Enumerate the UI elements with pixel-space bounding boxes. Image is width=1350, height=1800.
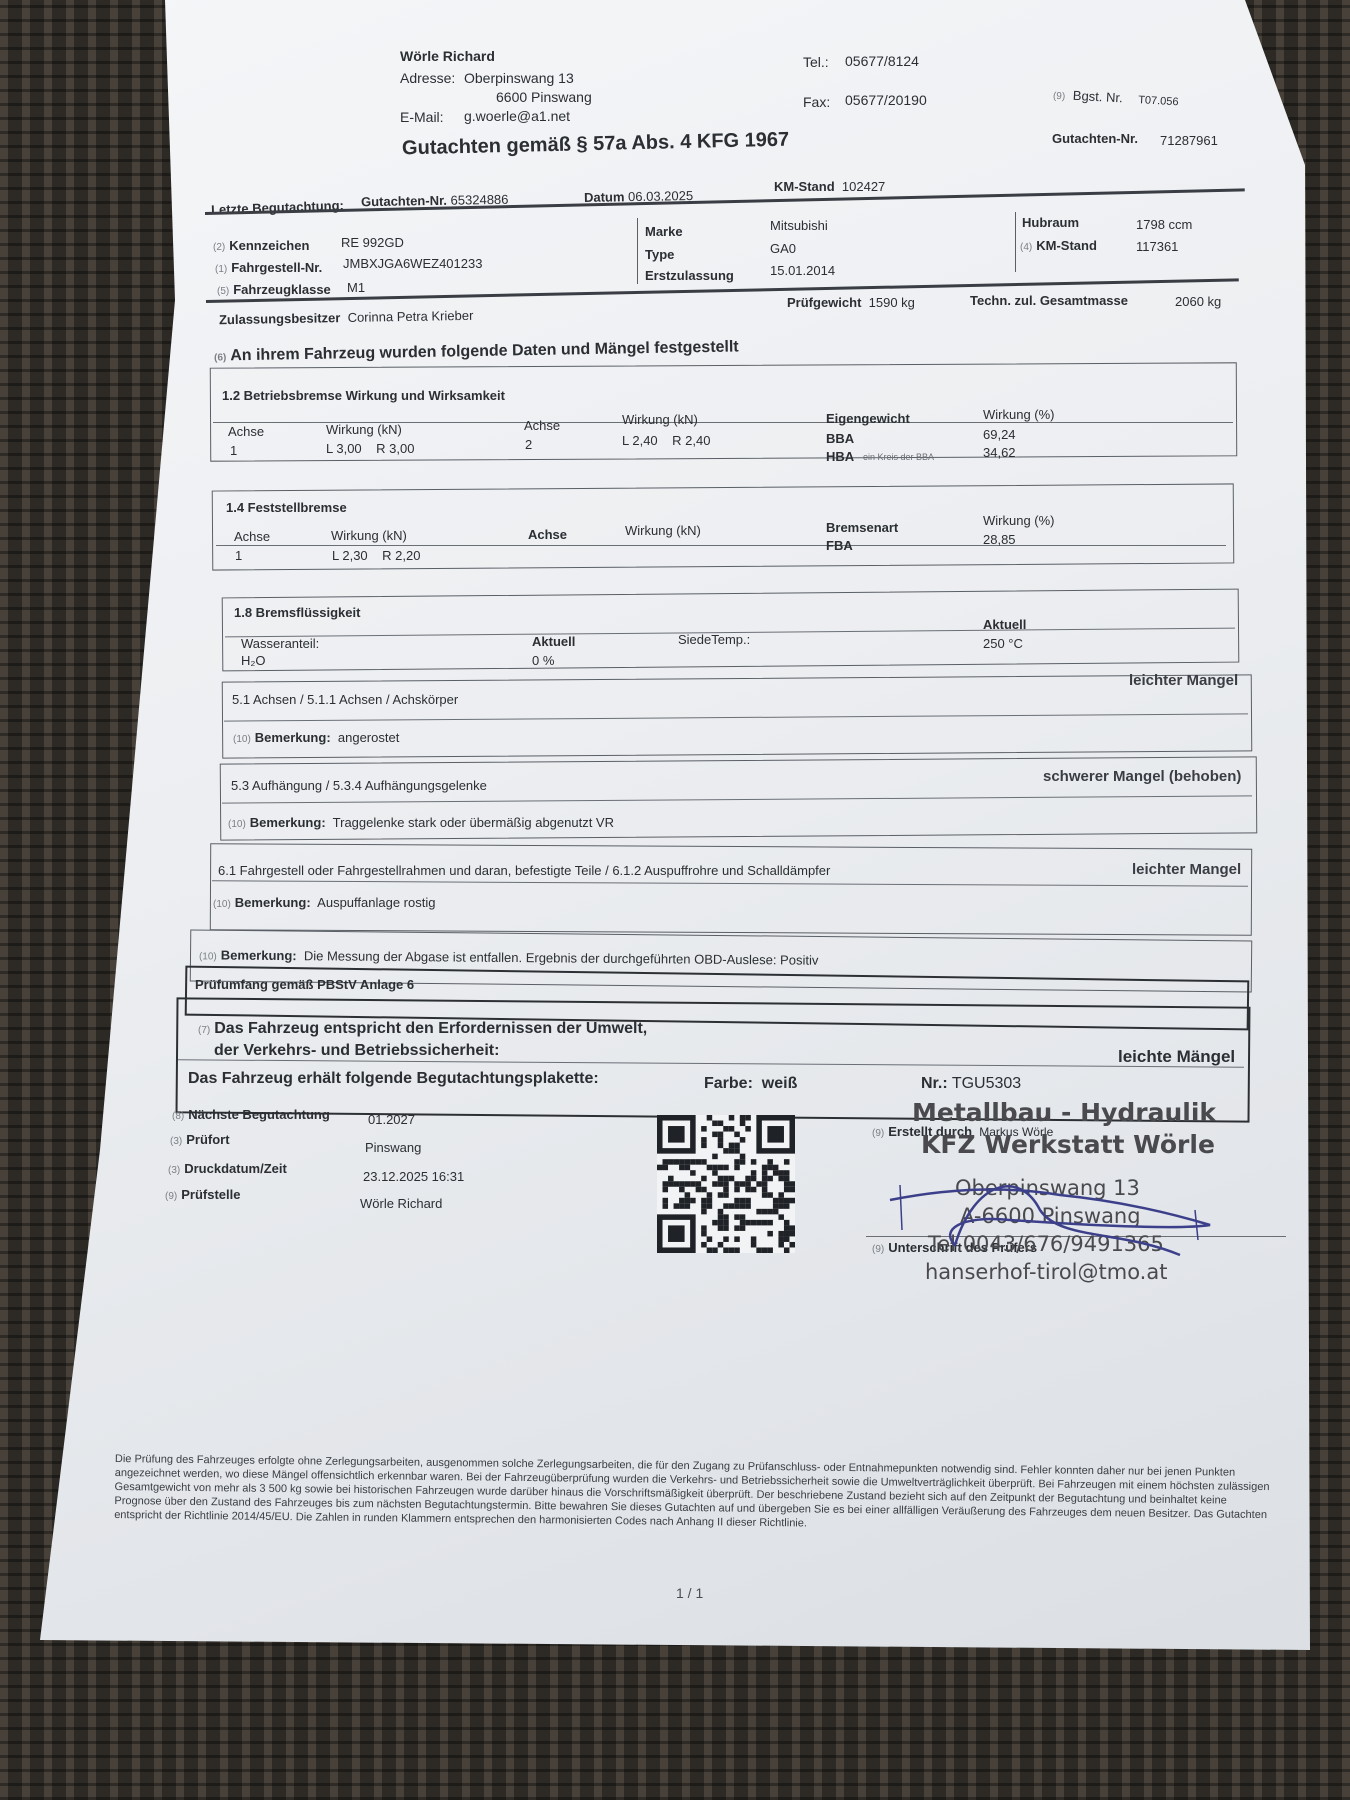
klasse-label: Fahrzeugklasse (233, 282, 331, 297)
h2o-label: H₂O (241, 653, 266, 668)
code: (3) (170, 1136, 182, 1147)
fahrzeugklasse: M1 (347, 280, 365, 295)
gesamtmasse-label: Techn. zul. Gesamtmasse (970, 293, 1128, 308)
code: (10) (233, 734, 251, 745)
aktuell-label: Aktuell (532, 634, 575, 649)
farbe-label: Farbe: (704, 1075, 753, 1092)
code: (7) (198, 1025, 210, 1036)
result-verdict: leichte Mängel (1118, 1047, 1235, 1067)
col-header: Wirkung (%) (983, 513, 1055, 528)
remark-text: Traggelenke stark oder übermäßig abgenut… (333, 815, 614, 830)
code: (5) (217, 286, 229, 297)
hba-value: 34,62 (983, 445, 1016, 460)
email: g.woerle@a1.net (464, 108, 570, 124)
axle-value: 1 (230, 443, 237, 458)
divider (216, 545, 1226, 546)
code: (9) (872, 1128, 884, 1139)
qr-code-icon[interactable] (657, 1115, 795, 1253)
bgst-value: T07.056 (1138, 94, 1179, 108)
wirkung-right: R 2,40 (672, 433, 710, 448)
plakette-nr: TGU5303 (952, 1075, 1021, 1092)
druckdatum-label: Druckdatum/Zeit (184, 1161, 287, 1176)
bba-label: BBA (826, 431, 854, 446)
gutachten-nr: 71287961 (1160, 133, 1218, 148)
remark-text: angerostet (338, 730, 399, 745)
col-header: Eigengewicht (826, 411, 910, 426)
kennzeichen: RE 992GD (341, 235, 404, 250)
besitzer-label: Zulassungsbesitzer (219, 310, 341, 327)
fax: 05677/20190 (845, 92, 927, 108)
farbe-value: weiß (762, 1075, 798, 1092)
marke-label: Marke (645, 224, 683, 239)
next-inspection: 01.2027 (368, 1112, 415, 1127)
col-header: Achse (228, 424, 264, 439)
km-label: KM-Stand (1036, 238, 1097, 253)
druckdatum: 23.12.2025 16:31 (363, 1169, 464, 1184)
col-header: Wirkung (%) (983, 407, 1055, 422)
divider (1015, 212, 1016, 272)
defect-title: 5.3 Aufhängung / 5.3.4 Aufhängungsgelenk… (231, 778, 487, 793)
pruefgewicht-label: Prüfgewicht (787, 295, 861, 310)
code: (8) (172, 1111, 184, 1122)
defect-item (210, 843, 1252, 935)
wirkung-right: R 3,00 (376, 441, 414, 456)
issuer-name: Wörle Richard (400, 48, 495, 64)
page-number: 1 / 1 (676, 1585, 703, 1601)
fahrgestell-label: Fahrgestell-Nr. (231, 260, 322, 275)
findings-heading: An ihrem Fahrzeug wurden folgende Daten … (230, 338, 739, 364)
wirkung-left: L 2,40 (622, 433, 658, 448)
code: (6) (214, 352, 226, 363)
pruefort: Pinswang (365, 1140, 421, 1155)
section-title: 1.2 Betriebsbremse Wirkung und Wirksamke… (222, 388, 505, 403)
address-line1: Oberpinswang 13 (464, 70, 574, 86)
code: (2) (213, 242, 225, 253)
col-header: Wirkung (kN) (331, 528, 407, 543)
plakette-nr-label: Nr.: (921, 1075, 948, 1092)
bgst-label: Bgst. Nr. (1073, 88, 1124, 106)
remark-label: Bemerkung: (255, 730, 331, 745)
signature-scribble (880, 1170, 1230, 1260)
code: (10) (228, 819, 246, 830)
code: (4) (1020, 242, 1032, 253)
aktuell-label: Aktuell (983, 617, 1026, 632)
code: (1) (215, 264, 227, 275)
defect-title: 5.1 Achsen / 5.1.1 Achsen / Achskörper (232, 692, 458, 707)
plakette-label: Das Fahrzeug erhält folgende Begutachtun… (188, 1070, 599, 1088)
water-content: 0 % (532, 653, 554, 668)
defect-title: 6.1 Fahrgestell oder Fahrgestellrahmen u… (218, 863, 830, 878)
code: (10) (213, 899, 231, 910)
kennzeichen-label: Kennzeichen (229, 238, 309, 253)
remark-label: Bemerkung: (235, 895, 311, 910)
axle-value: 1 (235, 548, 242, 563)
wirkung-left: L 2,30 (332, 548, 368, 563)
section-title: 1.8 Bremsflüssigkeit (234, 605, 360, 620)
col-header: Achse (524, 418, 560, 433)
next-inspection-label: Nächste Begutachtung (188, 1107, 330, 1122)
section-title: 1.4 Feststellbremse (226, 500, 347, 515)
wasseranteil-label: Wasseranteil: (241, 636, 319, 651)
code: (3) (168, 1165, 180, 1176)
type: GA0 (770, 241, 796, 256)
address-line2: 6600 Pinswang (496, 89, 592, 105)
divider (637, 218, 638, 284)
remark-text: Auspuffanlage rostig (317, 895, 435, 910)
page-title: Gutachten gemäß § 57a Abs. 4 KFG 1967 (402, 129, 790, 161)
besitzer: Corinna Petra Krieber (347, 308, 473, 325)
last-km: 102427 (842, 179, 885, 194)
inspection-report: Wörle Richard Adresse: Oberpinswang 13 6… (0, 0, 1350, 1800)
col-header: Wirkung (kN) (622, 412, 698, 427)
fax-label: Fax: (803, 94, 830, 110)
remark-label: Bemerkung: (221, 947, 297, 963)
bgst-code: (9) (1053, 91, 1066, 103)
erstzulassung: 15.01.2014 (770, 263, 835, 278)
gesamtmasse: 2060 kg (1175, 294, 1221, 309)
hubraum: 1798 ccm (1136, 217, 1192, 232)
col-header: Wirkung (kN) (326, 422, 402, 437)
hba-note: ein Kreis der BBA (863, 452, 934, 462)
section-brake-fluid (222, 589, 1240, 672)
stamp-line: hanserhof-tirol@tmo.at (925, 1260, 1167, 1284)
hba-label: HBA (826, 449, 854, 464)
fba-value: 28,85 (983, 532, 1016, 547)
col-header: Bremsenart (826, 520, 898, 535)
gutachten-nr-label: Gutachten-Nr. (1052, 131, 1138, 146)
boiling-temp: 250 °C (983, 636, 1023, 651)
tel: 05677/8124 (845, 53, 919, 69)
code: (9) (165, 1191, 177, 1202)
last-km-label: KM-Stand (774, 179, 835, 194)
stamp-line: Metallbau - Hydraulik (912, 1098, 1216, 1127)
defect-severity: schwerer Mangel (behoben) (1043, 768, 1241, 785)
col-header: Wirkung (kN) (625, 523, 701, 538)
erstzulassung-label: Erstzulassung (645, 268, 734, 283)
defect-severity: leichter Mangel (1132, 861, 1241, 878)
fahrgestell-nr: JMBXJGA6WEZ401233 (343, 256, 482, 271)
siedetemp-label: SiedeTemp.: (678, 632, 750, 647)
marke: Mitsubishi (770, 218, 828, 233)
result-line1: Das Fahrzeug entspricht den Erforderniss… (214, 1020, 647, 1037)
stamp-line: KFZ Werkstatt Wörle (921, 1130, 1215, 1159)
km-stand: 117361 (1136, 239, 1178, 254)
axle-value: 2 (525, 437, 532, 452)
email-label: E-Mail: (400, 109, 444, 125)
result-line2: der Verkehrs- und Betriebssicherheit: (214, 1042, 499, 1060)
tel-label: Tel.: (803, 54, 829, 70)
col-header: Achse (234, 529, 270, 544)
address-label: Adresse: (400, 70, 455, 86)
pruefort-label: Prüfort (186, 1132, 229, 1147)
defect-severity: leichter Mangel (1129, 672, 1238, 689)
remark-label: Bemerkung: (250, 815, 326, 830)
hubraum-label: Hubraum (1022, 215, 1079, 230)
type-label: Type (645, 247, 674, 262)
code: (10) (199, 951, 217, 962)
fba-label: FBA (826, 538, 853, 553)
disclaimer-text: Die Prüfung des Fahrzeuges erfolgte ohne… (114, 1452, 1275, 1536)
scope-text: Prüfumfang gemäß PBStV Anlage 6 (195, 977, 414, 992)
wirkung-right: R 2,20 (382, 548, 420, 563)
bba-value: 69,24 (983, 427, 1016, 442)
wirkung-left: L 3,00 (326, 441, 362, 456)
col-header: Achse (528, 527, 567, 542)
pruefstelle: Wörle Richard (360, 1196, 442, 1211)
pruefgewicht: 1590 kg (869, 295, 915, 310)
pruefstelle-label: Prüfstelle (181, 1187, 240, 1202)
